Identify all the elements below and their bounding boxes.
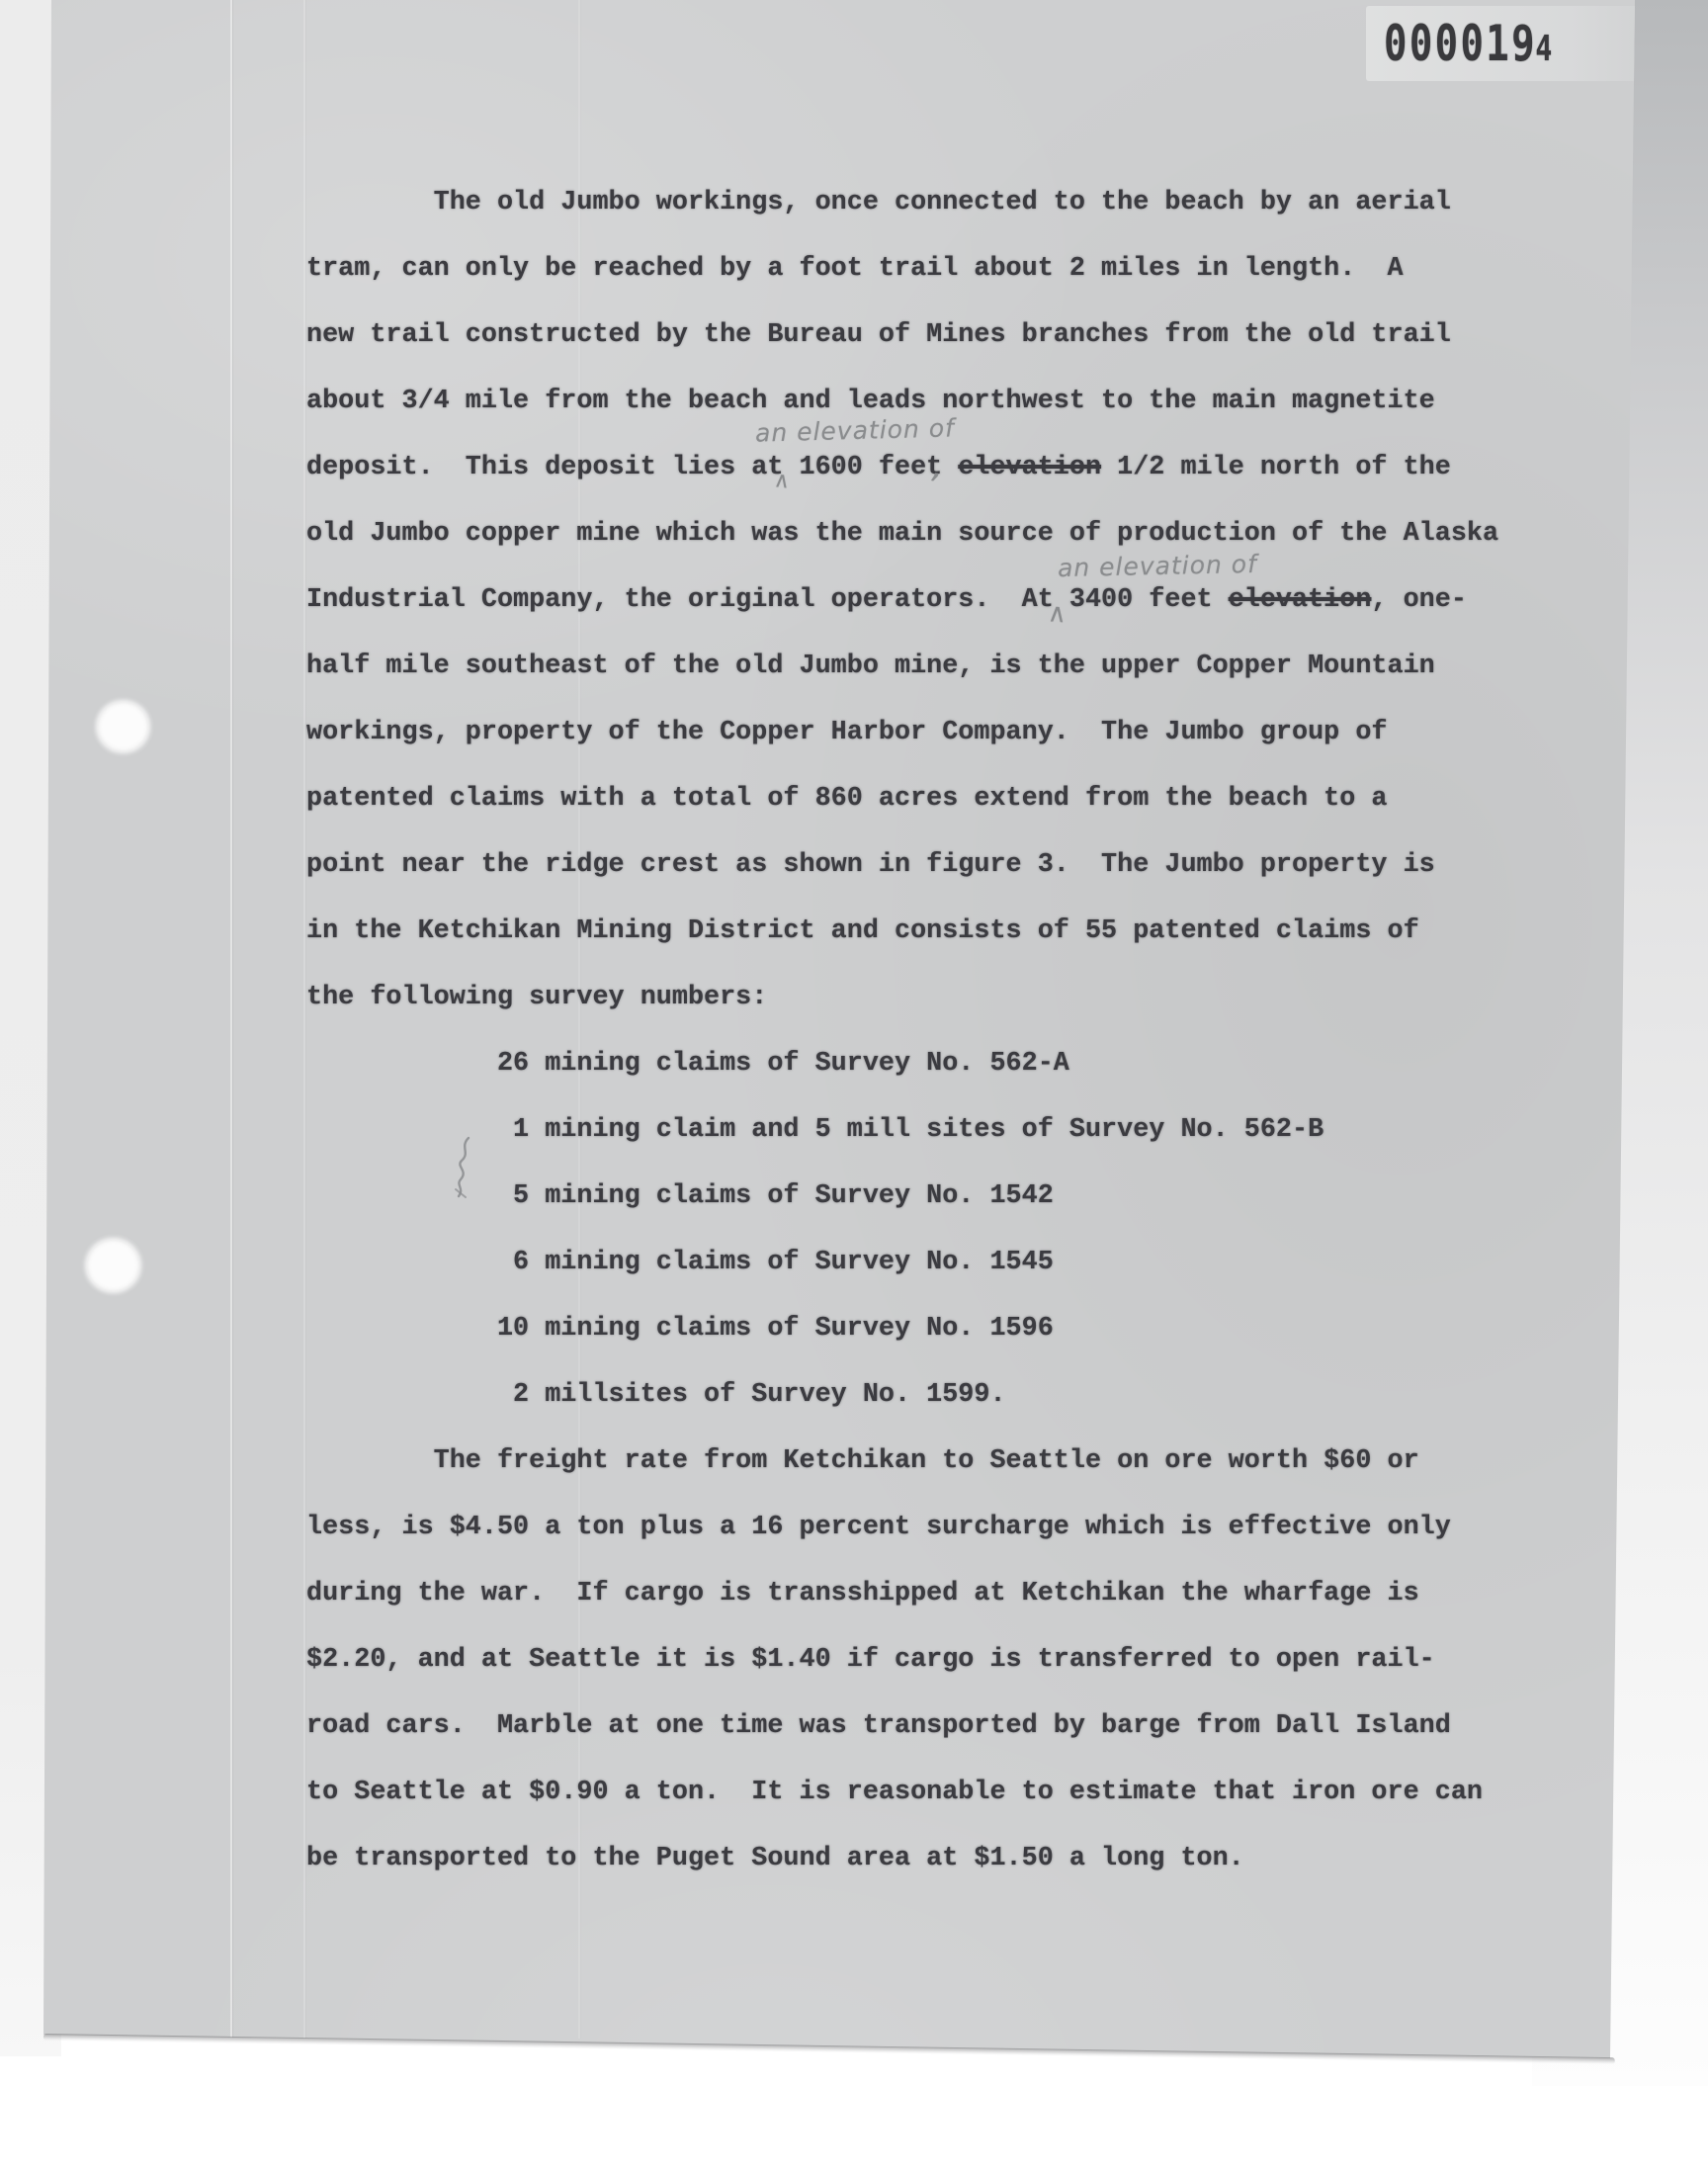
typed-text: deposit. This deposit lies at 1600 feet	[306, 453, 958, 482]
typed-line: $2.20, and at Seattle it is $1.40 if car…	[306, 1627, 1498, 1694]
page-sheet: 000019 4 The old Jumbo workings, once co…	[0, 0, 1708, 2175]
typed-text: tram, can only be reached by a foot trai…	[306, 254, 1404, 284]
typed-text: The old Jumbo workings, once connected t…	[306, 188, 1451, 217]
stamp-number: 000019 4	[1384, 15, 1554, 72]
typed-line: 2 millsites of Survey No. 1599.	[306, 1362, 1498, 1429]
typed-text: the following survey numbers:	[306, 983, 767, 1012]
typed-line: 26 mining claims of Survey No. 562-A	[306, 1031, 1498, 1097]
typed-line: The old Jumbo workings, once connected t…	[306, 170, 1498, 236]
stamp-last-digit: 4	[1535, 29, 1552, 69]
typed-line: less, is $4.50 a ton plus a 16 percent s…	[306, 1495, 1498, 1561]
typed-line: during the war. If cargo is transshipped…	[306, 1561, 1498, 1627]
typed-line: half mile southeast of the old Jumbo min…	[306, 634, 1498, 700]
typed-text: 6 mining claims of Survey No. 1545	[306, 1248, 1054, 1277]
typed-line: Industrial Company, the original operato…	[306, 567, 1498, 634]
paper-crease-line	[303, 0, 305, 2039]
typed-text: 1/2 mile north of the	[1101, 453, 1451, 482]
struck-word: elevation	[958, 453, 1101, 482]
typed-line: tram, can only be reached by a foot trai…	[306, 236, 1498, 303]
typed-line: old Jumbo copper mine which was the main…	[306, 501, 1498, 567]
typed-line: patented claims with a total of 860 acre…	[306, 766, 1498, 832]
typed-text: about 3/4 mile from the beach and leads …	[306, 387, 1435, 416]
typed-line: the following survey numbers:	[306, 965, 1498, 1031]
handwritten-insertion-1: an elevation of	[755, 413, 956, 447]
typed-line: in the Ketchikan Mining District and con…	[306, 899, 1498, 965]
typed-text: during the war. If cargo is transshipped…	[306, 1579, 1419, 1609]
typed-text: The freight rate from Ketchikan to Seatt…	[306, 1446, 1419, 1476]
typed-line: to Seattle at $0.90 a ton. It is reasona…	[306, 1760, 1498, 1826]
stamp-digits: 000019	[1384, 15, 1537, 72]
typed-line: 1 mining claim and 5 mill sites of Surve…	[306, 1097, 1498, 1164]
typed-line: The freight rate from Ketchikan to Seatt…	[306, 1429, 1498, 1495]
typed-line: 10 mining claims of Survey No. 1596	[306, 1296, 1498, 1362]
struck-word: elevation	[1229, 585, 1372, 615]
typed-text: workings, property of the Copper Harbor …	[306, 718, 1388, 747]
handwritten-insertion-2: an elevation of	[1058, 550, 1257, 582]
typed-text: Industrial Company, the original operato…	[306, 585, 1229, 615]
typed-text: half mile southeast of the old Jumbo min…	[306, 652, 1435, 681]
typed-text: 10 mining claims of Survey No. 1596	[306, 1314, 1054, 1344]
typed-line: workings, property of the Copper Harbor …	[306, 700, 1498, 766]
hole-punch-top	[98, 702, 148, 751]
typed-text: road cars. Marble at one time was transp…	[306, 1711, 1451, 1741]
typed-text: be transported to the Puget Sound area a…	[306, 1844, 1244, 1873]
typed-text: $2.20, and at Seattle it is $1.40 if car…	[306, 1645, 1435, 1675]
caret-mark-2: ∧	[1047, 598, 1068, 629]
typed-text: 26 mining claims of Survey No. 562-A	[306, 1049, 1069, 1079]
typed-line: 5 mining claims of Survey No. 1542	[306, 1164, 1498, 1230]
typed-line: new trail constructed by the Bureau of M…	[306, 303, 1498, 369]
typed-line: 6 mining claims of Survey No. 1545	[306, 1230, 1498, 1296]
typed-text: new trail constructed by the Bureau of M…	[306, 320, 1451, 350]
typed-text: less, is $4.50 a ton plus a 16 percent s…	[306, 1513, 1451, 1542]
typed-text: to Seattle at $0.90 a ton. It is reasona…	[306, 1778, 1483, 1807]
typed-text: patented claims with a total of 860 acre…	[306, 784, 1388, 814]
pencil-squiggle-icon	[453, 1135, 478, 1200]
typed-line: be transported to the Puget Sound area a…	[306, 1826, 1498, 1892]
typed-text: 5 mining claims of Survey No. 1542	[306, 1181, 1054, 1211]
typed-line: road cars. Marble at one time was transp…	[306, 1694, 1498, 1760]
typed-text: old Jumbo copper mine which was the main…	[306, 519, 1498, 549]
paper-crease-line	[230, 0, 232, 2039]
page-number-stamp: 000019 4	[1366, 6, 1637, 81]
typed-text: , one-	[1371, 585, 1467, 615]
caret-mark-1: ∧	[773, 468, 793, 494]
scanned-document-scene: 000019 4 The old Jumbo workings, once co…	[0, 0, 1708, 2175]
typed-text: in the Ketchikan Mining District and con…	[306, 916, 1419, 946]
typed-line: deposit. This deposit lies at 1600 feet …	[306, 435, 1498, 501]
hole-punch-bottom	[87, 1240, 139, 1291]
typed-text: point near the ridge crest as shown in f…	[306, 850, 1435, 880]
typed-text: 2 millsites of Survey No. 1599.	[306, 1380, 1006, 1410]
typed-line: point near the ridge crest as shown in f…	[306, 832, 1498, 899]
